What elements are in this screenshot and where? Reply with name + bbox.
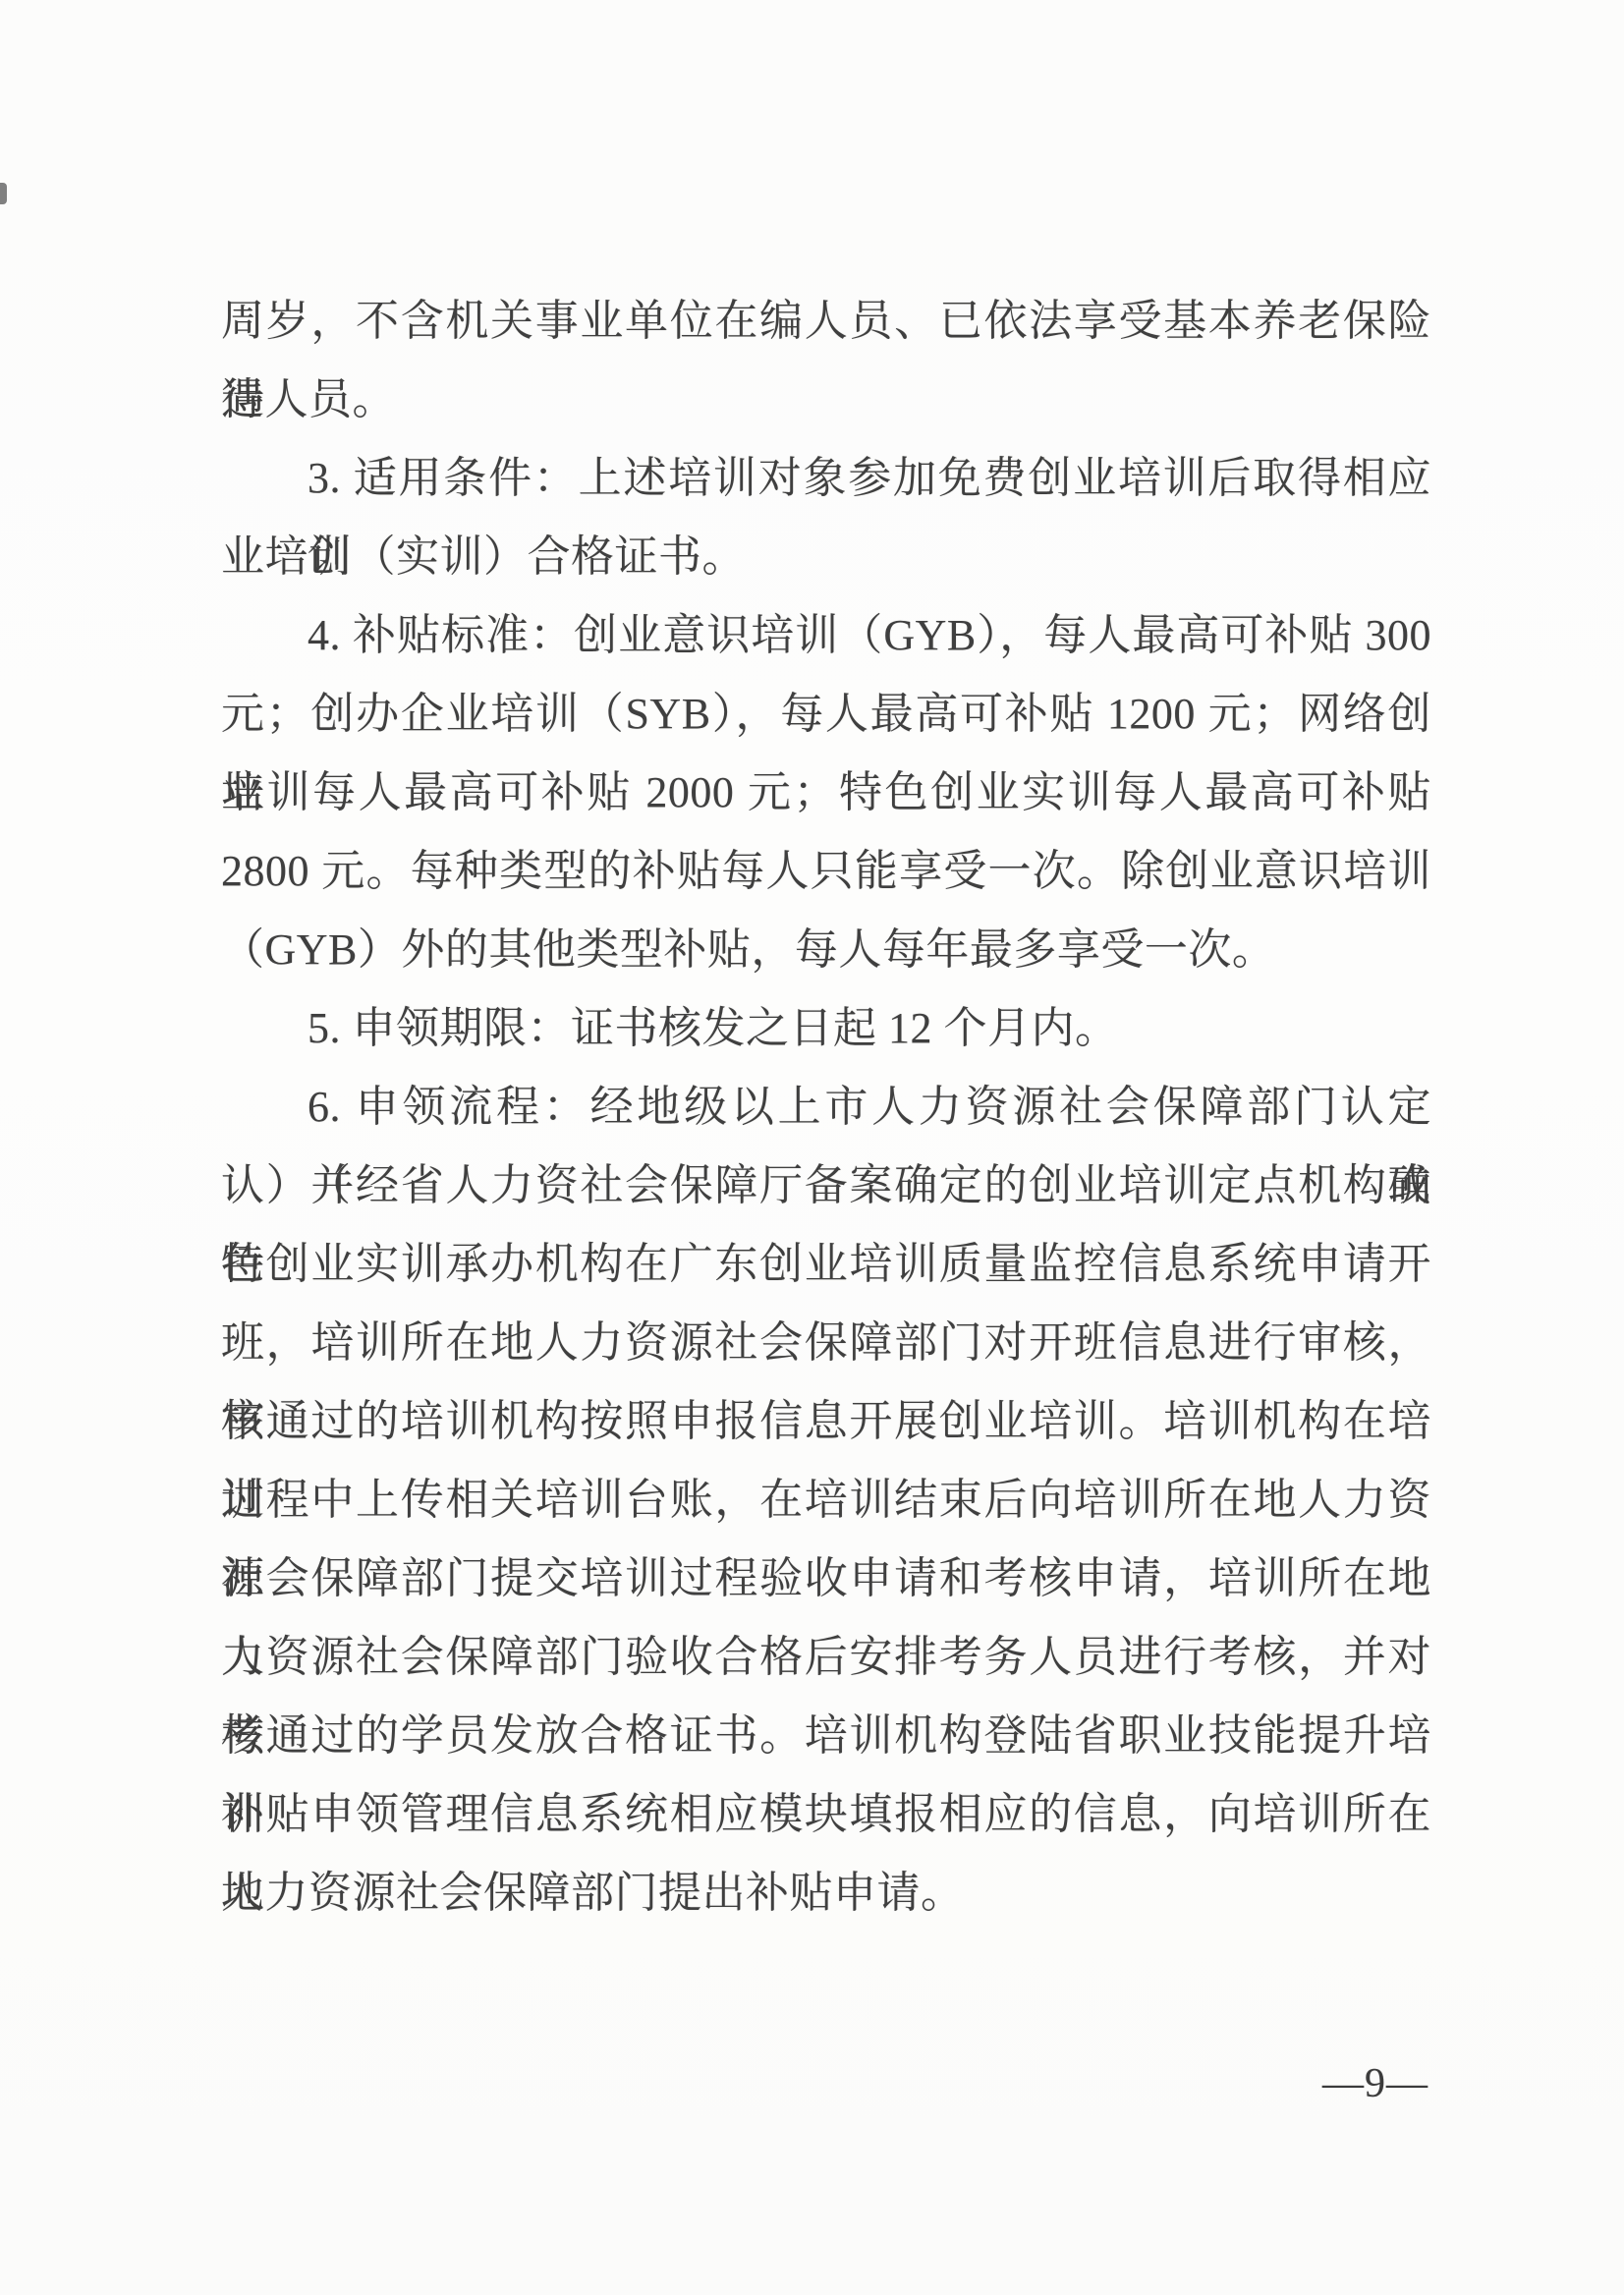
text-line: 周岁，不含机关事业单位在编人员、已依法享受基本养老保险待 xyxy=(221,282,1431,361)
text-line: 核通过的培训机构按照申报信息开展创业培训。培训机构在培训 xyxy=(221,1382,1431,1461)
page-number: —9— xyxy=(1322,2059,1428,2108)
text-line: 元；创办企业培训（SYB），每人最高可补贴 1200 元；网络创业 xyxy=(221,675,1431,754)
text-line: 6. 申领流程：经地级以上市人力资源社会保障部门认定（确 xyxy=(221,1068,1431,1147)
document-page: 周岁，不含机关事业单位在编人员、已依法享受基本养老保险待 遇人员。 3. 适用条… xyxy=(0,0,1624,2295)
text-line: 力资源社会保障部门验收合格后安排考务人员进行考核，并对考 xyxy=(221,1618,1431,1697)
text-block: 周岁，不含机关事业单位在编人员、已依法享受基本养老保险待 遇人员。 3. 适用条… xyxy=(221,282,1431,1932)
text-line: 班，培训所在地人力资源社会保障部门对开班信息进行审核，审 xyxy=(221,1304,1431,1382)
text-line: 人力资源社会保障部门提出补贴申请。 xyxy=(221,1854,1431,1932)
text-line: 4. 补贴标准：创业意识培训（GYB），每人最高可补贴 300 xyxy=(221,596,1431,675)
text-line: 色创业实训承办机构在广东创业培训质量监控信息系统申请开 xyxy=(221,1225,1431,1304)
text-line: 认）并经省人力资社会保障厅备案确定的创业培训定点机构或特 xyxy=(221,1147,1431,1225)
scan-artifact xyxy=(0,183,7,204)
text-line: 5. 申领期限：证书核发之日起 12 个月内。 xyxy=(221,989,1431,1068)
text-line: 社会保障部门提交培训过程验收申请和考核申请，培训所在地人 xyxy=(221,1539,1431,1618)
text-line: 2800 元。每种类型的补贴每人只能享受一次。除创业意识培训 xyxy=(221,832,1431,911)
text-line: 过程中上传相关培训台账，在培训结束后向培训所在地人力资源 xyxy=(221,1461,1431,1539)
text-line: 核通过的学员发放合格证书。培训机构登陆省职业技能提升培训 xyxy=(221,1697,1431,1775)
text-line: 培训每人最高可补贴 2000 元；特色创业实训每人最高可补贴 xyxy=(221,754,1431,832)
text-line: （GYB）外的其他类型补贴，每人每年最多享受一次。 xyxy=(221,911,1431,989)
text-line: 3. 适用条件：上述培训对象参加免费创业培训后取得相应创 xyxy=(221,439,1431,518)
text-line: 业培训（实训）合格证书。 xyxy=(221,518,1431,596)
text-line: 遇人员。 xyxy=(221,361,1431,439)
text-line: 补贴申领管理信息系统相应模块填报相应的信息，向培训所在地 xyxy=(221,1775,1431,1854)
